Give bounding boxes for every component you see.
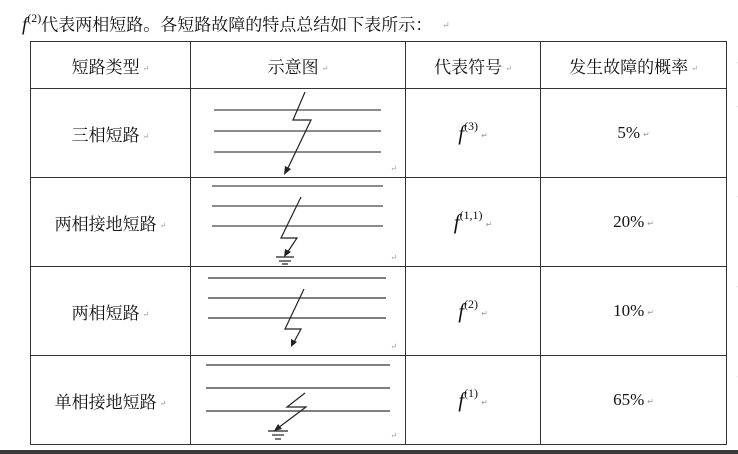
three-phase-short-diagram-icon [198, 90, 398, 176]
diagram-cell: ↵ [191, 178, 406, 267]
intro-paragraph: f(2)代表两相短路。各短路故障的特点总结如下表所示：↵ [22, 6, 450, 34]
single-phase-ground-short-diagram-icon [198, 357, 398, 443]
table-header-row: 短路类型↵ 示意图↵ 代表符号↵ 发生故障的概率↵ [31, 42, 727, 89]
symbol-cell: f(1,1)↵ [406, 178, 541, 267]
fault-symbol-superscript: (2) [27, 11, 41, 25]
symbol-cell: f(1)↵ [406, 356, 541, 445]
table-row: 三相短路↵ ↵ f(3)↵ 5%↵ [31, 89, 727, 178]
short-circuit-table: 短路类型↵ 示意图↵ 代表符号↵ 发生故障的概率↵ 三相短路↵ ↵ f(3)↵ … [30, 41, 727, 445]
bottom-toolbar-strip [0, 450, 738, 454]
table-row: 两相接地短路↵ ↵ f(1,1)↵ 20%↵ [31, 178, 727, 267]
intro-text: 代表两相短路。各短路故障的特点总结如下表所示： [41, 16, 432, 36]
symbol-cell: f(3)↵ [406, 89, 541, 178]
fault-type-cell: 两相短路↵ [31, 267, 191, 356]
probability-cell: 65%↵ [541, 356, 727, 445]
diagram-cell: ↵ [191, 267, 406, 356]
probability-cell: 20%↵ [541, 178, 727, 267]
fault-type-cell: 单相接地短路↵ [31, 356, 191, 445]
two-phase-ground-short-diagram-icon [198, 179, 398, 265]
table-row: 两相短路↵ ↵ f(2)↵ 10%↵ [31, 267, 727, 356]
header-diagram: 示意图↵ [191, 42, 406, 89]
probability-cell: 10%↵ [541, 267, 727, 356]
fault-type-cell: 两相接地短路↵ [31, 178, 191, 267]
paragraph-mark: ↵ [442, 21, 450, 31]
fault-type-cell: 三相短路↵ [31, 89, 191, 178]
header-type: 短路类型↵ [31, 42, 191, 89]
header-probability: 发生故障的概率↵ [541, 42, 727, 89]
diagram-cell: ↵ [191, 356, 406, 445]
probability-cell: 5%↵ [541, 89, 727, 178]
two-phase-short-diagram-icon [198, 268, 398, 354]
table-row: 单相接地短路↵ ↵ f(1)↵ 65%↵ [31, 356, 727, 445]
header-symbol: 代表符号↵ [406, 42, 541, 89]
diagram-cell: ↵ [191, 89, 406, 178]
symbol-cell: f(2)↵ [406, 267, 541, 356]
